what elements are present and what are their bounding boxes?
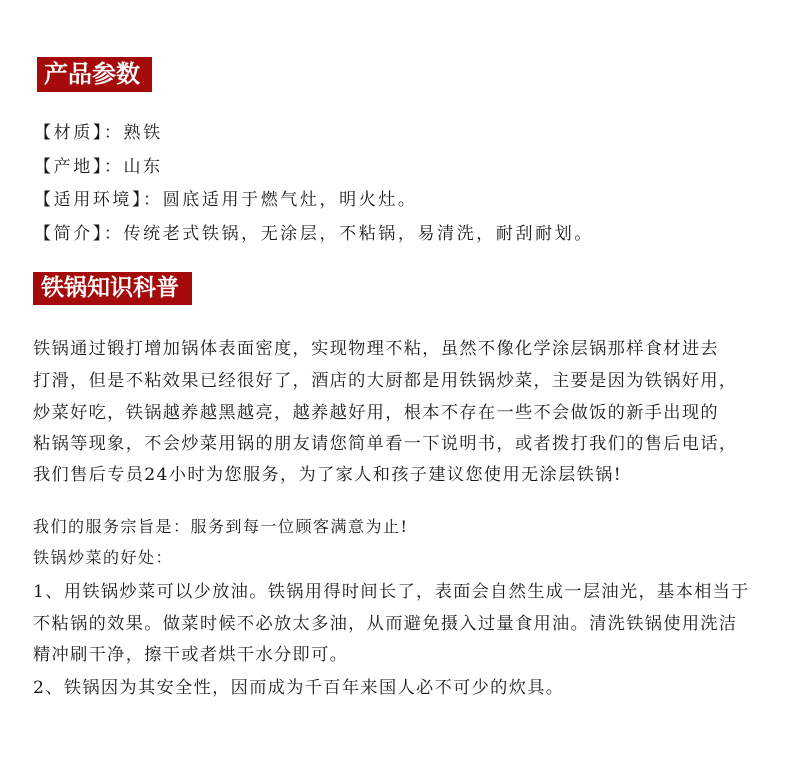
section-header-knowledge: 铁锅知识科普	[33, 272, 192, 305]
benefit-line: 精冲刷干净，擦干或者烘干水分即可。	[33, 644, 348, 666]
spec-origin: 【产地】：山东	[34, 156, 163, 178]
paragraph-line: 铁锅通过锻打增加锅体表面密度，实现物理不粘，虽然不像化学涂层锅那样食材进去	[33, 338, 719, 360]
spec-material: 【材质】：熟铁	[34, 122, 163, 144]
paragraph-line: 我们售后专员24小时为您服务，为了家人和孩子建议您使用无涂层铁锅!	[33, 464, 622, 486]
benefit-line: 2、铁锅因为其安全性，因而成为千百年来国人必不可少的炊具。	[33, 677, 564, 699]
paragraph-line: 炒菜好吃，铁锅越养越黑越亮，越养越好用，根本不存在一些不会做饭的新手出现的	[33, 402, 719, 424]
paragraph-line: 打滑，但是不粘效果已经很好了，酒店的大厨都是用铁锅炒菜，主要是因为铁锅好用，	[33, 370, 737, 392]
spec-intro: 【简介】：传统老式铁锅，无涂层，不粘锅，易清洗，耐刮耐划。	[34, 223, 594, 245]
spec-environment: 【适用环境】：圆底适用于燃气灶，明火灶。	[34, 189, 418, 211]
service-motto: 我们的服务宗旨是：服务到每一位顾客满意为止!	[33, 516, 408, 538]
benefits-title: 铁锅炒菜的好处：	[33, 547, 173, 569]
paragraph-line: 粘锅等现象，不会炒菜用锅的朋友请您简单看一下说明书，或者拨打我们的售后电话，	[33, 433, 737, 455]
benefit-line: 不粘锅的效果。做菜时候不必放太多油，从而避免摄入过量食用油。清洗铁锅使用洗洁	[33, 613, 737, 635]
section-header-product-params: 产品参数	[37, 57, 152, 92]
benefit-line: 1、用铁锅炒菜可以少放油。铁锅用得时间长了，表面会自然生成一层油光，基本相当于	[33, 581, 750, 603]
